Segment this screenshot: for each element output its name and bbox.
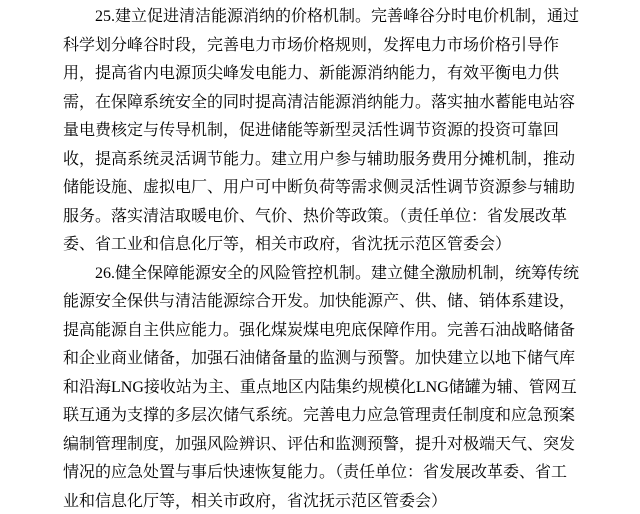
document-body: 25.建立促进清洁能源消纳的价格机制。完善峰谷分时电价机制，通过科学划分峰谷时段… bbox=[63, 3, 580, 514]
paragraph-item-26: 26.健全保障能源安全的风险管控机制。建立健全激励机制，统筹传统能源安全保供与清… bbox=[63, 260, 580, 514]
document-page: 25.建立促进清洁能源消纳的价格机制。完善峰谷分时电价机制，通过科学划分峰谷时段… bbox=[0, 0, 640, 514]
paragraph-item-25: 25.建立促进清洁能源消纳的价格机制。完善峰谷分时电价机制，通过科学划分峰谷时段… bbox=[63, 3, 580, 260]
